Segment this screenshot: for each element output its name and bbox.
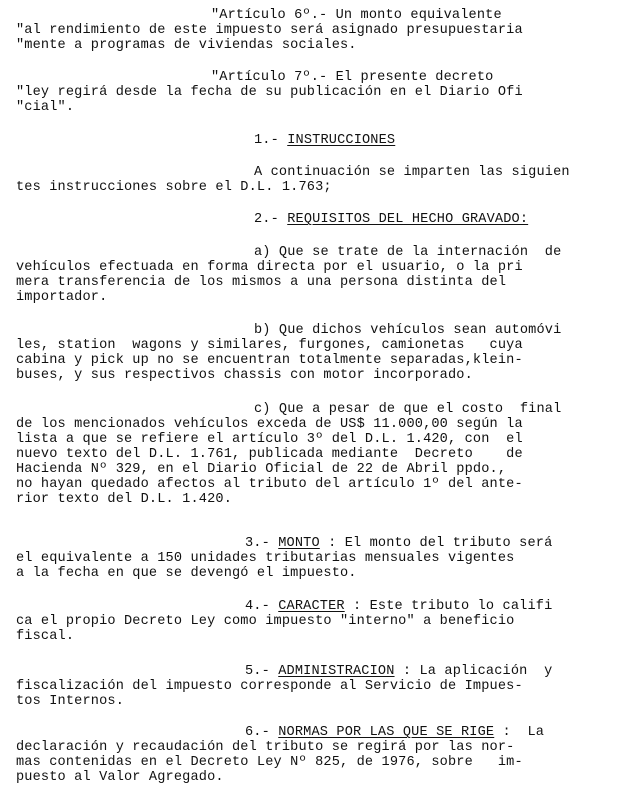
section-heading: 3.- MONTO : El monto del tributo será bbox=[245, 536, 552, 551]
section-title: CARACTER bbox=[278, 599, 344, 614]
section-title: ADMINISTRACION bbox=[278, 664, 394, 679]
section-title: INSTRUCCIONES bbox=[287, 133, 395, 148]
section-number: 6.- bbox=[245, 725, 278, 740]
section-number: 5.- bbox=[245, 664, 278, 679]
text-line: puesto al Valor Agregado. bbox=[16, 770, 224, 785]
text-line: importador. bbox=[16, 290, 107, 305]
text-line: rior texto del D.L. 1.420. bbox=[16, 492, 232, 507]
text-line: buses, y sus respectivos chassis con mot… bbox=[16, 368, 473, 383]
section-text: : La bbox=[494, 725, 544, 740]
text-line: les, station wagons y similares, furgone… bbox=[16, 338, 523, 353]
text-line: A continuación se imparten las siguien bbox=[254, 165, 570, 180]
text-line: declaración y recaudación del tributo se… bbox=[16, 740, 514, 755]
text-line: Hacienda Nº 329, en el Diario Oficial de… bbox=[16, 462, 506, 477]
section-heading: 1.- INSTRUCCIONES bbox=[254, 133, 395, 148]
text-line: mera transferencia de los mismos a una p… bbox=[16, 275, 506, 290]
text-line: fiscalización del impuesto corresponde a… bbox=[16, 679, 523, 694]
section-number: 4.- bbox=[245, 599, 278, 614]
section-title: NORMAS POR LAS QUE SE RIGE bbox=[278, 725, 494, 740]
text-line: lista a que se refiere el artículo 3º de… bbox=[16, 432, 523, 447]
text-line: no hayan quedado afectos al tributo del … bbox=[16, 477, 523, 492]
section-text: : Este tributo lo califi bbox=[345, 599, 553, 614]
text-line: cabina y pick up no se encuentran totalm… bbox=[16, 353, 523, 368]
text-line: ca el propio Decreto Ley como impuesto "… bbox=[16, 614, 514, 629]
section-title: REQUISITOS DEL HECHO GRAVADO: bbox=[287, 212, 528, 227]
text-line: tos Internos. bbox=[16, 694, 124, 709]
section-number: 2.- bbox=[254, 212, 287, 227]
text-line: "Artículo 7º.- El presente decreto bbox=[211, 70, 493, 85]
section-number: 3.- bbox=[245, 536, 278, 551]
text-line: c) Que a pesar de que el costo final bbox=[254, 402, 561, 417]
text-line: el equivalente a 150 unidades tributaria… bbox=[16, 551, 514, 566]
text-line: "ley regirá desde la fecha de su publica… bbox=[16, 85, 523, 100]
text-line: a) Que se trate de la internación de bbox=[254, 245, 561, 260]
text-line: fiscal. bbox=[16, 629, 74, 644]
section-heading: 5.- ADMINISTRACION : La aplicación y bbox=[245, 664, 552, 679]
text-line: b) Que dichos vehículos sean automóvi bbox=[254, 323, 561, 338]
text-line: a la fecha en que se devengó el impuesto… bbox=[16, 566, 357, 581]
text-line: nuevo texto del D.L. 1.761, publicada me… bbox=[16, 447, 523, 462]
section-number: 1.- bbox=[254, 133, 287, 148]
text-line: mas contenidas en el Decreto Ley Nº 825,… bbox=[16, 755, 523, 770]
section-text: : El monto del tributo será bbox=[320, 536, 553, 551]
section-heading: 6.- NORMAS POR LAS QUE SE RIGE : La bbox=[245, 725, 544, 740]
section-text: : La aplicación y bbox=[395, 664, 553, 679]
text-line: "mente a programas de viviendas sociales… bbox=[16, 38, 357, 53]
section-heading: 2.- REQUISITOS DEL HECHO GRAVADO: bbox=[254, 212, 528, 227]
text-line: de los mencionados vehículos exceda de U… bbox=[16, 417, 523, 432]
section-title: MONTO bbox=[278, 536, 320, 551]
text-line: "Artículo 6º.- Un monto equivalente bbox=[211, 8, 502, 23]
section-heading: 4.- CARACTER : Este tributo lo califi bbox=[245, 599, 552, 614]
text-line: "cial". bbox=[16, 100, 74, 115]
text-line: vehículos efectuada en forma directa por… bbox=[16, 260, 523, 275]
text-line: "al rendimiento de este impuesto será as… bbox=[16, 23, 523, 38]
text-line: tes instrucciones sobre el D.L. 1.763; bbox=[16, 180, 332, 195]
